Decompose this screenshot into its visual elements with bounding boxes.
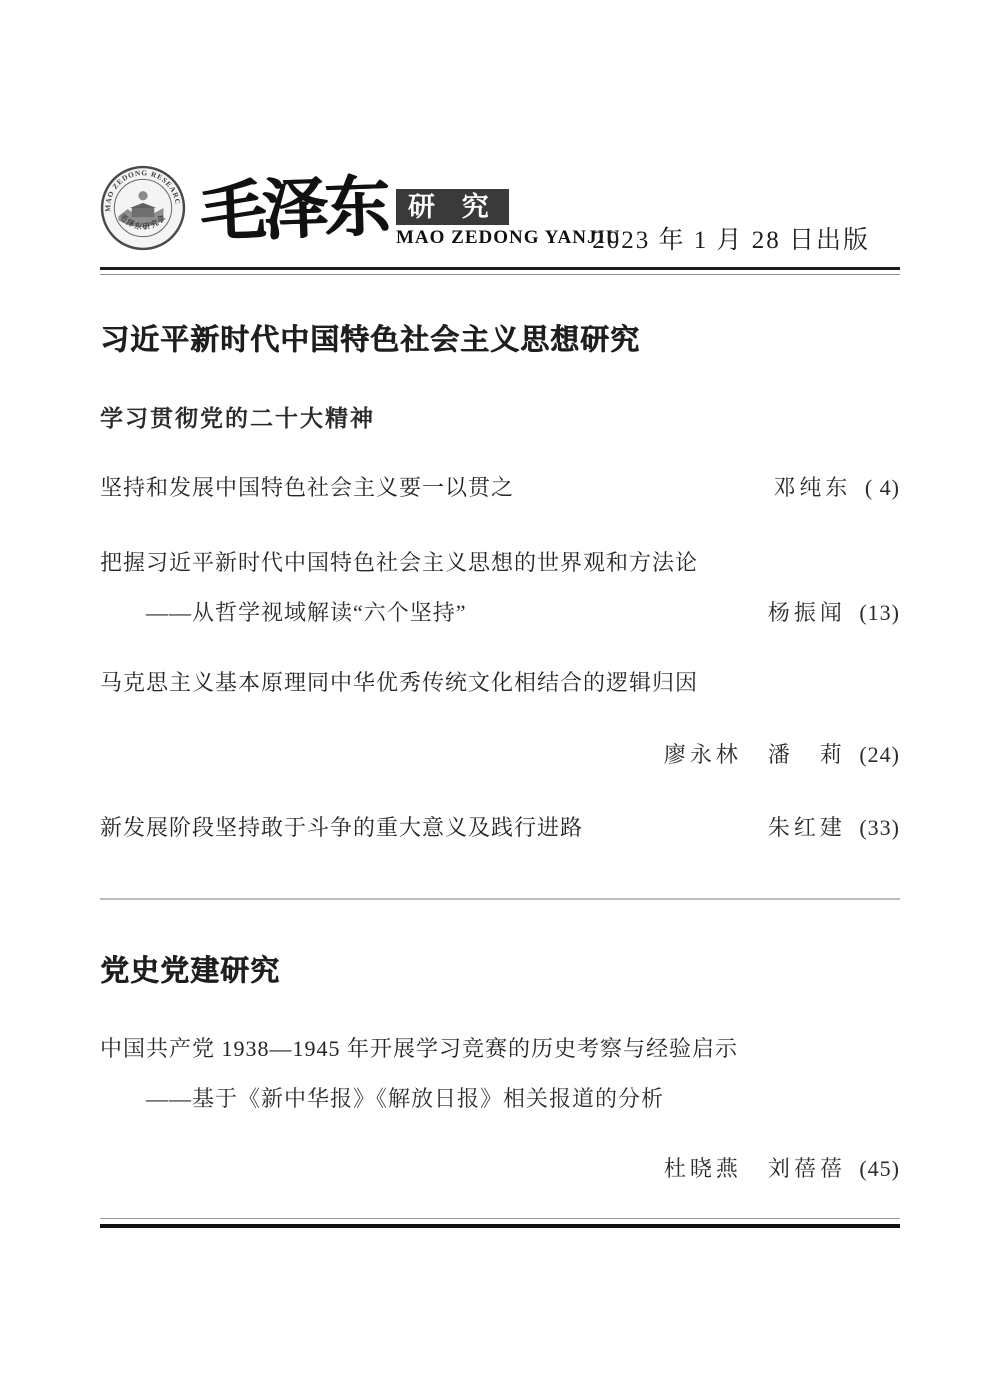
toc-entry-authors-row: 杜晓燕 刘蓓蓓 (45) — [100, 1154, 900, 1184]
toc-entry-authors: 朱红建 — [768, 815, 846, 840]
subsection-heading: 学习贯彻党的二十大精神 — [100, 403, 900, 433]
toc-entry-subtitle-row: ——基于《新中华报》《解放日报》相关报道的分析 — [100, 1084, 900, 1114]
masthead-subtitle-box: 研 究 — [396, 189, 509, 225]
journal-seal: MAO ZEDONG RESEARCH 毛泽东研究会 — [100, 165, 186, 251]
toc-entry-row: 马克思主义基本原理同中华优秀传统文化相结合的逻辑归因 — [100, 668, 900, 698]
section-divider-rule — [100, 898, 900, 900]
toc-entry-row: 新发展阶段坚持敢于斗争的重大意义及践行进路 朱红建 (33) — [100, 813, 900, 843]
header-double-rule — [100, 267, 900, 275]
toc-entry-row: 把握习近平新时代中国特色社会主义思想的世界观和方法论 — [100, 548, 900, 578]
toc-entry-subtitle: ——基于《新中华报》《解放日报》相关报道的分析 — [100, 1084, 664, 1114]
toc-entry-title: 马克思主义基本原理同中华优秀传统文化相结合的逻辑归因 — [100, 668, 698, 698]
toc-entry-subtitle: ——从哲学视域解读“六个坚持” — [100, 598, 467, 628]
journal-contents-page: MAO ZEDONG RESEARCH 毛泽东研究会 毛泽东 研 究 MAO Z… — [100, 165, 900, 1228]
toc-entry-page: ( 4) — [865, 475, 900, 500]
toc-entry-page: (24) — [859, 742, 900, 767]
toc-entry-byline: 杨振闻 (13) — [768, 598, 900, 628]
toc-entry-title: 中国共产党 1938—1945 年开展学习竞赛的历史考察与经验启示 — [100, 1034, 738, 1064]
toc-entry-byline: 邓纯东 ( 4) — [773, 473, 900, 503]
toc-entry-row: 中国共产党 1938—1945 年开展学习竞赛的历史考察与经验启示 — [100, 1034, 900, 1064]
publish-date: 2023 年 1 月 28 日出版 — [592, 220, 870, 256]
masthead-romanized-title: MAO ZEDONG YANJIU — [396, 227, 621, 249]
section-heading-1: 习近平新时代中国特色社会主义思想研究 — [100, 323, 900, 357]
toc-entry-authors: 邓纯东 — [773, 475, 851, 500]
toc-entry-byline: 朱红建 (33) — [768, 813, 900, 843]
toc-entry-title: 把握习近平新时代中国特色社会主义思想的世界观和方法论 — [100, 548, 698, 578]
toc-entry-row: 坚持和发展中国特色社会主义要一以贯之 邓纯东 ( 4) — [100, 473, 900, 503]
toc-entry-title: 坚持和发展中国特色社会主义要一以贯之 — [100, 473, 514, 503]
masthead-calligraphy-title: 毛泽东 — [198, 162, 387, 260]
section-heading-2: 党史党建研究 — [100, 954, 900, 988]
toc-entry-title: 新发展阶段坚持敢于斗争的重大意义及践行进路 — [100, 813, 583, 843]
toc-entry-authors: 杜晓燕 刘蓓蓓 — [664, 1156, 846, 1181]
toc-entry-byline: 杜晓燕 刘蓓蓓 (45) — [664, 1154, 900, 1184]
toc-entry-authors: 杨振闻 — [768, 600, 846, 625]
toc-entry-page: (33) — [859, 815, 900, 840]
toc-entry-byline: 廖永林 潘 莉 (24) — [664, 740, 900, 770]
toc-entry-authors: 廖永林 潘 莉 — [664, 742, 846, 767]
toc-entry-page: (45) — [859, 1156, 900, 1181]
masthead: MAO ZEDONG RESEARCH 毛泽东研究会 毛泽东 研 究 MAO Z… — [100, 165, 900, 262]
toc-entry-authors-row: 廖永林 潘 莉 (24) — [100, 740, 900, 770]
toc-entry-subtitle-row: ——从哲学视域解读“六个坚持” 杨振闻 (13) — [100, 598, 900, 628]
footer-double-rule — [100, 1218, 900, 1228]
toc-entry-page: (13) — [859, 600, 900, 625]
